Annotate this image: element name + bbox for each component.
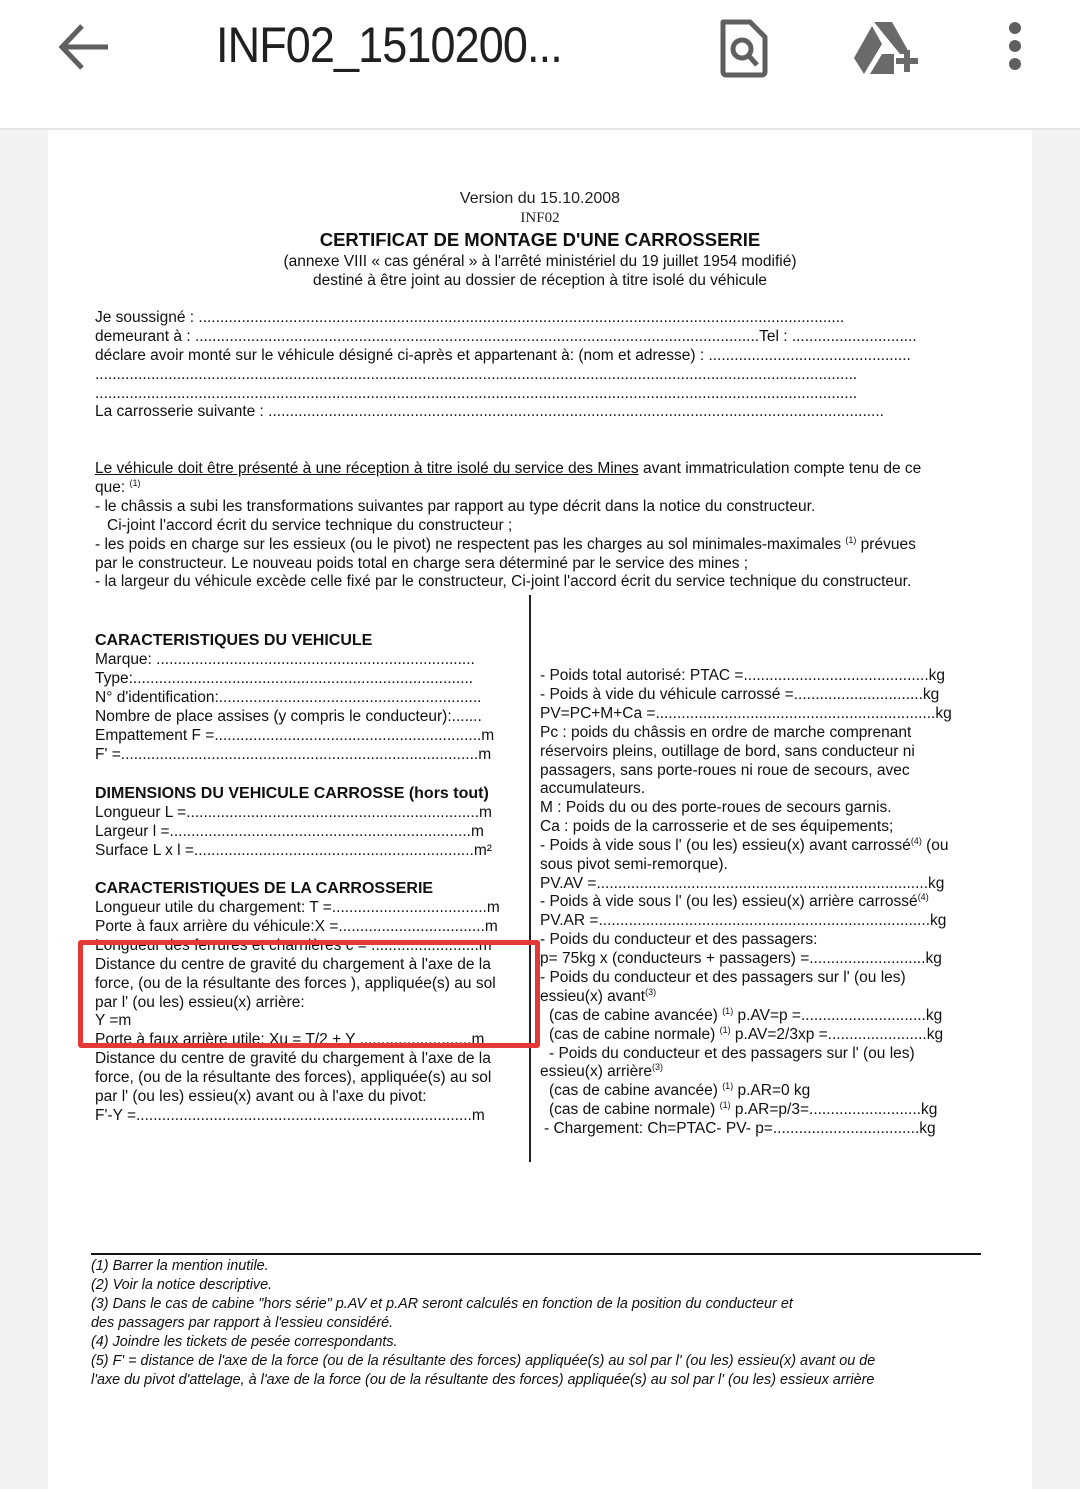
- par-desc-text: essieu(x) arrière: [540, 1063, 652, 1080]
- field-chargement: - Chargement: Ch=PTAC- PV- p=...........…: [544, 1119, 936, 1138]
- field-type: Type:...................................…: [95, 669, 473, 688]
- pvav-desc-end: (ou: [922, 837, 949, 854]
- field-blank-line-1: ........................................…: [95, 365, 947, 384]
- footnote-1: (1) Barrer la mention inutile.: [91, 1256, 269, 1275]
- field-empattement: Empattement F =.........................…: [95, 726, 494, 745]
- doc-subtitle-1: (annexe VIII « cas général » à l'arrêté …: [48, 252, 1032, 271]
- footnote-ref: (1): [722, 1081, 733, 1091]
- pav-avancee-value: p.AV=p =.............................kg: [733, 1007, 942, 1024]
- footnote-3-cont: des passagers par rapport à l'essieu con…: [91, 1313, 393, 1332]
- field-demeurant: demeurant à : ..........................…: [95, 327, 917, 346]
- field-distance-avant-2: force, (ou de la résultante des forces),…: [95, 1068, 491, 1087]
- field-pav-avancee: (cas de cabine avancée) (1) p.AV=p =....…: [549, 1006, 942, 1025]
- condition-2a-text: - les poids en charge sur les essieux (o…: [95, 536, 845, 553]
- field-ptac: - Poids total autorisé: PTAC =..........…: [540, 666, 945, 685]
- field-longueur: Longueur L =............................…: [95, 803, 492, 822]
- pav-normale-value: p.AV=2/3xp =.......................kg: [731, 1026, 944, 1043]
- pcond-desc: - Poids du conducteur et des passagers:: [540, 930, 817, 949]
- pvav-desc-text: - Poids à vide sous l' (ou les) essieu(x…: [540, 837, 911, 854]
- pav-desc-2: essieu(x) avant(3): [540, 987, 656, 1006]
- drive-add-icon: [852, 18, 924, 78]
- conditions-que-text: que:: [95, 479, 129, 496]
- par-avancee-value: p.AR=0 kg: [733, 1082, 810, 1099]
- conditions-intro-underlined: Le véhicule doit être présenté à une réc…: [95, 460, 639, 477]
- par-normale-value: p.AR=p/3=..........................kg: [731, 1101, 938, 1118]
- field-par-normale: (cas de cabine normale) (1) p.AR=p/3=...…: [549, 1100, 937, 1119]
- conditions-intro-rest: avant immatriculation compte tenu de ce: [639, 460, 922, 477]
- field-identification: N° d'identification:....................…: [95, 688, 481, 707]
- column-divider: [529, 595, 531, 1162]
- footnote-ref: (4): [918, 892, 929, 902]
- footnote-ref: (3): [652, 1062, 663, 1072]
- pvav-desc-1: - Poids à vide sous l' (ou les) essieu(x…: [540, 836, 949, 855]
- field-marque: Marque: ................................…: [95, 650, 475, 669]
- find-in-document-button[interactable]: [718, 18, 770, 78]
- pvar-desc-text: - Poids à vide sous l' (ou les) essieu(x…: [540, 893, 918, 910]
- condition-2a-end: prévues: [856, 536, 915, 553]
- footnote-ref: (1): [722, 1006, 733, 1016]
- footnote-ref: (1): [720, 1100, 731, 1110]
- arrow-left-icon: [56, 22, 112, 72]
- field-carrosserie: La carrosserie suivante : ..............…: [95, 402, 884, 421]
- conditions-que: que: (1): [95, 478, 140, 497]
- field-surface: Surface L x l =.........................…: [95, 841, 492, 860]
- condition-1a: - le châssis a subi les transformations …: [95, 497, 815, 516]
- par-normale-label: (cas de cabine normale): [549, 1101, 720, 1118]
- pvar-desc: - Poids à vide sous l' (ou les) essieu(x…: [540, 892, 929, 911]
- section-heading-carrosserie: CARACTERISTIQUES DE LA CARROSSERIE: [95, 879, 433, 898]
- condition-3: - la largeur du véhicule excède celle fi…: [95, 572, 911, 591]
- doc-code: INF02: [48, 209, 1032, 228]
- footnote-3: (3) Dans le cas de cabine "hors série" p…: [91, 1294, 793, 1313]
- pdf-page[interactable]: Version du 15.10.2008 INF02 CERTIFICAT D…: [48, 130, 1032, 1489]
- def-pc-4: accumulateurs.: [540, 779, 645, 798]
- field-pv-formula: PV=PC+M+Ca =............................…: [540, 704, 952, 723]
- more-options-button[interactable]: [998, 18, 1032, 78]
- footnote-5: (5) F' = distance de l'axe de la force (…: [91, 1351, 875, 1370]
- footnote-ref: (1): [845, 535, 856, 545]
- footnote-ref: (1): [720, 1025, 731, 1035]
- condition-2a: - les poids en charge sur les essieux (o…: [95, 535, 916, 554]
- field-blank-line-2: ........................................…: [95, 384, 947, 403]
- field-pav-normale: (cas de cabine normale) (1) p.AV=2/3xp =…: [549, 1025, 943, 1044]
- section-heading-dimensions: DIMENSIONS DU VEHICULE CARROSSE (hors to…: [95, 784, 489, 803]
- field-largeur: Largeur l =.............................…: [95, 822, 484, 841]
- par-avancee-label: (cas de cabine avancée): [549, 1082, 722, 1099]
- doc-subtitle-2: destiné à être joint au dossier de récep…: [48, 271, 1032, 290]
- def-pc-3: passagers, sans porte-roues ni roue de s…: [540, 761, 910, 780]
- field-longueur-utile: Longueur utile du chargement: T =.......…: [95, 898, 500, 917]
- highlight-annotation: [78, 940, 540, 1048]
- field-places: Nombre de place assises (y compris le co…: [95, 707, 482, 726]
- par-desc-1: - Poids du conducteur et des passagers s…: [549, 1044, 915, 1063]
- more-vert-icon: [998, 18, 1032, 78]
- def-ca: Ca : poids de la carrosserie et de ses é…: [540, 817, 893, 836]
- field-porte-faux: Porte à faux arrière du véhicule:X =....…: [95, 917, 498, 936]
- conditions-intro: Le véhicule doit être présenté à une réc…: [95, 459, 921, 478]
- footnote-ref: (1): [129, 478, 140, 488]
- doc-title: CERTIFICAT DE MONTAGE D'UNE CARROSSERIE: [48, 229, 1032, 251]
- add-to-drive-button[interactable]: [852, 18, 924, 78]
- document-title: INF02_1510200...: [216, 16, 562, 74]
- field-declare: déclare avoir monté sur le véhicule dési…: [95, 346, 911, 365]
- field-poids-vide: - Poids à vide du véhicule carrossé =...…: [540, 685, 939, 704]
- field-fprime: F' =....................................…: [95, 745, 491, 764]
- field-distance-avant-1: Distance du centre de gravité du chargem…: [95, 1049, 491, 1068]
- field-fprime-minus-y: F'-Y =..................................…: [95, 1106, 485, 1125]
- field-soussigne: Je soussigné : .........................…: [95, 308, 844, 327]
- field-par-avancee: (cas de cabine avancée) (1) p.AR=0 kg: [549, 1081, 810, 1100]
- par-desc-2: essieu(x) arrière(3): [540, 1062, 663, 1081]
- pvav-desc-2: sous pivot semi-remorque).: [540, 855, 728, 874]
- app-bar: INF02_1510200...: [0, 0, 1080, 130]
- def-m: M : Poids du ou des porte-roues de secou…: [540, 798, 892, 817]
- field-pvar: PV.AR =.................................…: [540, 911, 946, 930]
- field-distance-avant-3: par l' (ou les) essieu(x) avant ou à l'a…: [95, 1087, 427, 1106]
- file-search-icon: [718, 18, 770, 78]
- pav-desc-1: - Poids du conducteur et des passagers s…: [540, 968, 906, 987]
- field-p75: p= 75kg x (conducteurs + passagers) =...…: [540, 949, 942, 968]
- back-button[interactable]: [56, 22, 112, 72]
- footnote-4: (4) Joindre les tickets de pesée corresp…: [91, 1332, 398, 1351]
- footnote-ref: (3): [645, 987, 656, 997]
- footnote-5-cont: l'axe du pivot d'attelage, à l'axe de la…: [91, 1370, 874, 1389]
- pav-desc-text: essieu(x) avant: [540, 988, 645, 1005]
- footnote-separator: [91, 1253, 981, 1255]
- footnote-2: (2) Voir la notice descriptive.: [91, 1275, 272, 1294]
- pav-normale-label: (cas de cabine normale): [549, 1026, 720, 1043]
- condition-1b: Ci-joint l'accord écrit du service techn…: [107, 516, 512, 535]
- condition-2b: par le constructeur. Le nouveau poids to…: [95, 554, 748, 573]
- def-pc-1: Pc : poids du châssis en ordre de marche…: [540, 723, 911, 742]
- def-pc-2: réservoirs pleins, outillage de bord, sa…: [540, 742, 915, 761]
- section-heading-vehicule: CARACTERISTIQUES DU VEHICULE: [95, 631, 372, 650]
- document-content: Version du 15.10.2008 INF02 CERTIFICAT D…: [48, 130, 1032, 1489]
- footnote-ref: (4): [911, 836, 922, 846]
- doc-version: Version du 15.10.2008: [48, 189, 1032, 208]
- field-pvav: PV.AV =.................................…: [540, 874, 944, 893]
- pav-avancee-label: (cas de cabine avancée): [549, 1007, 722, 1024]
